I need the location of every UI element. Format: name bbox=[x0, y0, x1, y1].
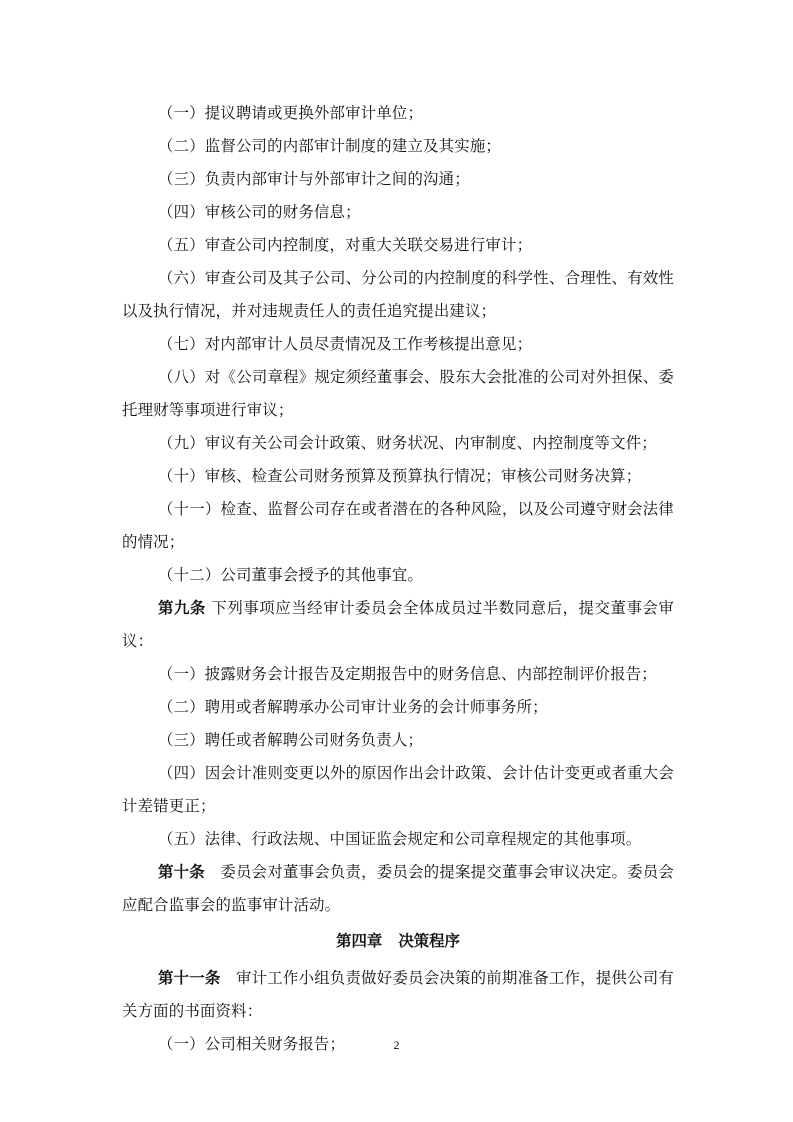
document-page: （一）提议聘请或更换外部审计单位； （二）监督公司的内部审计制度的建立及其实施；… bbox=[122, 97, 674, 1061]
list-item: （一）提议聘请或更换外部审计单位； bbox=[122, 97, 674, 130]
list-item: （四）因会计准则变更以外的原因作出会计政策、会计估计变更或者重大会计差错更正； bbox=[122, 757, 674, 823]
list-item: （六）审查公司及其子公司、分公司的内控制度的科学性、合理性、有效性以及执行情况，… bbox=[122, 262, 674, 328]
list-item: （十）审核、检查公司财务预算及预算执行情况；审核公司财务决算； bbox=[122, 460, 674, 493]
article-label: 第十条 bbox=[158, 863, 205, 881]
list-item: （十二）公司董事会授予的其他事宜。 bbox=[122, 559, 674, 592]
list-item: （七）对内部审计人员尽责情况及工作考核提出意见； bbox=[122, 328, 674, 361]
article-label: 第十一条 bbox=[158, 969, 221, 987]
list-item: （五）审查公司内控制度，对重大关联交易进行审计； bbox=[122, 229, 674, 262]
chapter-heading: 第四章 决策程序 bbox=[122, 925, 674, 958]
list-item: （一）披露财务会计报告及定期报告中的财务信息、内部控制评价报告； bbox=[122, 658, 674, 691]
list-item: （三）聘任或者解聘公司财务负责人； bbox=[122, 724, 674, 757]
list-item: （九）审议有关公司会计政策、财务状况、内审制度、内控制度等文件； bbox=[122, 427, 674, 460]
article-9: 第九条 下列事项应当经审计委员会全体成员过半数同意后，提交董事会审议： bbox=[122, 592, 674, 658]
article-11: 第十一条 审计工作小组负责做好委员会决策的前期准备工作，提供公司有关方面的书面资… bbox=[122, 962, 674, 1028]
list-item: （八）对《公司章程》规定须经董事会、股东大会批准的公司对外担保、委托理财等事项进… bbox=[122, 361, 674, 427]
list-item: （三）负责内部审计与外部审计之间的沟通； bbox=[122, 163, 674, 196]
list-item: （二）监督公司的内部审计制度的建立及其实施； bbox=[122, 130, 674, 163]
article-label: 第九条 bbox=[158, 599, 206, 617]
list-item: （五）法律、行政法规、中国证监会规定和公司章程规定的其他事项。 bbox=[122, 823, 674, 856]
page-number: 2 bbox=[0, 1038, 793, 1053]
chapter-title: 决策程序 bbox=[398, 932, 460, 950]
list-item: （四）审核公司的财务信息； bbox=[122, 196, 674, 229]
article-10: 第十条 委员会对董事会负责，委员会的提案提交董事会审议决定。委员会应配合监事会的… bbox=[122, 856, 674, 922]
chapter-number: 第四章 bbox=[336, 932, 382, 950]
list-item: （二）聘用或者解聘承办公司审计业务的会计师事务所； bbox=[122, 691, 674, 724]
list-item: （十一）检查、监督公司存在或者潜在的各种风险，以及公司遵守财会法律的情况； bbox=[122, 493, 674, 559]
